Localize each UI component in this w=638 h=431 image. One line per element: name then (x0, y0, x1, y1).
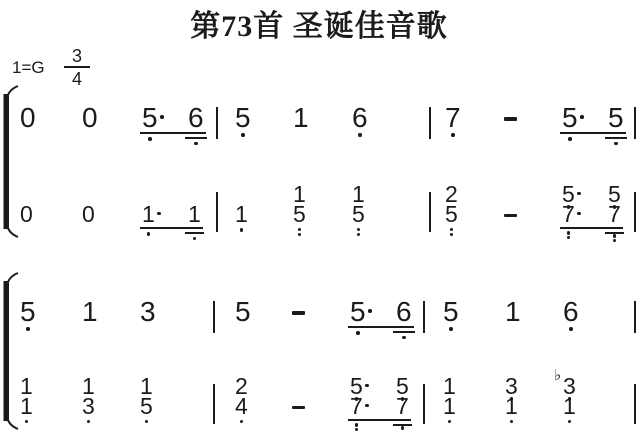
note-digit: 5 (352, 203, 365, 226)
octave-dot (613, 234, 617, 238)
flat-sign: ♭ (554, 368, 561, 383)
note-digit: 5 (443, 298, 459, 326)
beam-line (560, 132, 626, 134)
beam-line (348, 326, 414, 328)
octave-dot (193, 237, 197, 241)
note-digit: 7 (608, 203, 621, 226)
octave-dot (145, 420, 149, 424)
octave-dot (510, 420, 514, 424)
octave-dot (569, 327, 573, 331)
note-digit: 0 (82, 104, 98, 132)
octave-dot (568, 137, 572, 141)
duration-dot (157, 212, 161, 216)
note-digit: 4 (235, 395, 248, 418)
note-digit: 0 (20, 104, 36, 132)
note-digit: 1 (142, 203, 155, 226)
octave-dot (614, 142, 618, 146)
note-digit: 1 (293, 104, 309, 132)
octave-dot (568, 420, 572, 424)
octave-dot (357, 228, 361, 232)
octave-dot (357, 233, 361, 237)
note-digit: 7 (562, 203, 575, 226)
note-digit: 7 (396, 395, 409, 418)
note-digit: 1 (563, 395, 576, 418)
beam-line (140, 132, 206, 134)
beam-line (140, 227, 203, 229)
score: 0056516755001111515255757513556516111315… (0, 0, 638, 431)
beam-line-2 (605, 137, 627, 139)
note-digit: 1 (235, 203, 248, 226)
note-digit: 5 (142, 104, 158, 132)
dash-note (504, 117, 517, 121)
note-digit: 5 (350, 298, 366, 326)
note-digit: 6 (352, 104, 368, 132)
barline (634, 107, 636, 139)
note-digit: 5 (293, 203, 306, 226)
dash-note (292, 406, 305, 410)
octave-dot (567, 236, 571, 240)
octave-dot (240, 228, 244, 232)
sheet-music-page: 第73首 圣诞佳音歌 1=G 3 4 005651675500111151525… (0, 0, 638, 431)
octave-dot (355, 423, 359, 427)
duration-dot (577, 212, 581, 216)
barline (429, 192, 431, 232)
note-digit: 0 (82, 203, 95, 226)
octave-dot (358, 133, 362, 137)
octave-dot (451, 133, 455, 137)
barline (213, 301, 215, 333)
beam-line (348, 419, 411, 421)
note-digit: 5 (608, 104, 624, 132)
barline (634, 301, 636, 333)
barline (216, 192, 218, 232)
note-digit: 1 (443, 395, 456, 418)
note-digit: 7 (445, 104, 461, 132)
dash-note (504, 214, 517, 218)
barline (213, 384, 215, 424)
note-digit: 3 (82, 395, 95, 418)
barline (423, 301, 425, 333)
octave-dot (402, 336, 406, 340)
octave-dot (613, 239, 617, 243)
octave-dot (298, 228, 302, 232)
octave-dot (240, 420, 244, 424)
octave-dot (147, 232, 151, 236)
note-digit: 6 (188, 104, 204, 132)
note-digit: 1 (82, 298, 98, 326)
octave-dot (25, 420, 29, 424)
duration-dot (365, 404, 369, 408)
note-digit: 3 (140, 298, 156, 326)
note-digit: 5 (235, 104, 251, 132)
barline (634, 192, 636, 232)
beam-line-2 (185, 232, 204, 234)
octave-dot (356, 331, 360, 335)
duration-dot (580, 115, 584, 119)
octave-dot (298, 233, 302, 237)
octave-dot (26, 327, 30, 331)
barline (634, 384, 636, 424)
note-digit: 5 (562, 104, 578, 132)
note-digit: 1 (505, 395, 518, 418)
octave-dot (87, 420, 91, 424)
note-digit: 5 (235, 298, 251, 326)
octave-dot (148, 137, 152, 141)
note-digit: 1 (505, 298, 521, 326)
duration-dot (577, 192, 581, 196)
note-digit: 5 (20, 298, 36, 326)
duration-dot (365, 384, 369, 388)
octave-dot (355, 428, 359, 431)
octave-dot (448, 420, 452, 424)
duration-dot (368, 309, 372, 313)
duration-dot (160, 115, 164, 119)
beam-line-2 (185, 137, 207, 139)
barline (423, 384, 425, 424)
barline (216, 107, 218, 139)
beam-line (560, 227, 623, 229)
note-digit: 5 (445, 203, 458, 226)
octave-dot (401, 426, 405, 430)
note-digit: 5 (140, 395, 153, 418)
note-digit: 0 (20, 203, 33, 226)
octave-dot (567, 231, 571, 235)
octave-dot (449, 327, 453, 331)
note-digit: 6 (396, 298, 412, 326)
note-digit: 1 (188, 203, 201, 226)
note-digit: 7 (350, 395, 363, 418)
dash-note (292, 311, 305, 315)
octave-dot (241, 133, 245, 137)
octave-dot (450, 228, 454, 232)
octave-dot (194, 142, 198, 146)
barline (429, 107, 431, 139)
octave-dot (450, 233, 454, 237)
note-digit: 1 (20, 395, 33, 418)
note-digit: 6 (563, 298, 579, 326)
beam-line-2 (393, 331, 415, 333)
